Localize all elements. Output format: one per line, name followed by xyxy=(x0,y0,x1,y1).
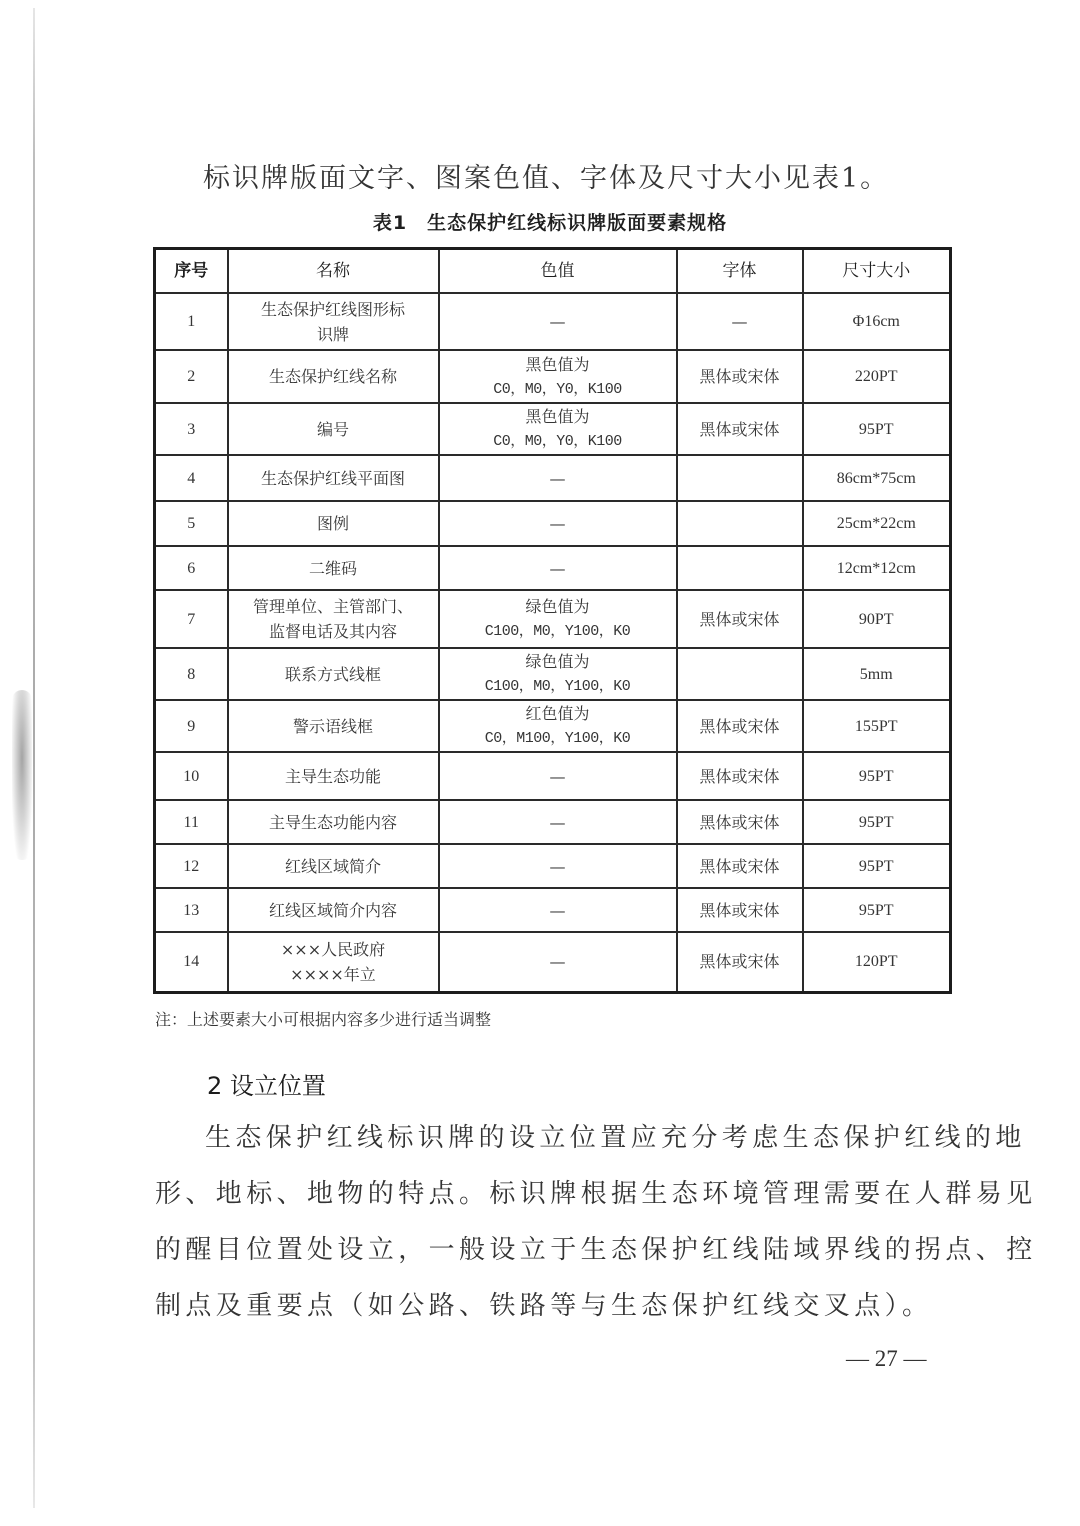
cell-color-label: 红色值为 xyxy=(525,704,589,723)
section-paragraph: 生态保护红线标识牌的设立位置应充分考虑生态保护红线的地 形、地标、地物的特点。标… xyxy=(155,1116,961,1340)
table-row: 11 主导生态功能内容 — 黑体或宋体 95PT xyxy=(155,800,951,844)
cell-font: 黑体或宋体 xyxy=(677,888,803,932)
table-row: 14 ×××人民政府 ××××年立 — 黑体或宋体 120PT xyxy=(155,932,951,992)
cell-name: 编号 xyxy=(228,403,439,455)
cell-name-line: 生态保护红线图形标 xyxy=(233,297,434,322)
table-row: 3 编号 黑色值为 C0，M0，Y0，K100 黑体或宋体 95PT xyxy=(155,403,951,455)
cell-name: 联系方式线框 xyxy=(228,648,439,700)
table-caption: 表1生态保护红线标识牌版面要素规格 xyxy=(0,208,1080,235)
cell-size: 95PT xyxy=(803,752,951,800)
cell-color-value: C100，M0，Y100，K0 xyxy=(444,619,672,644)
cell-color-value: C100，M0，Y100，K0 xyxy=(444,674,672,699)
cell-color: — xyxy=(439,455,677,501)
cell-color: — xyxy=(439,293,677,350)
cell-size: 25cm*22cm xyxy=(803,501,951,546)
cell-name: ×××人民政府 ××××年立 xyxy=(228,932,439,992)
cell-color-label: 黑色值为 xyxy=(525,407,589,426)
cell-color-label: — xyxy=(550,514,566,533)
cell-color-label: — xyxy=(550,767,566,786)
cell-font xyxy=(677,455,803,501)
header-size: 尺寸大小 xyxy=(803,249,951,294)
cell-color-label: — xyxy=(550,952,566,971)
cell-size: 95PT xyxy=(803,800,951,844)
cell-font xyxy=(677,648,803,700)
cell-no: 11 xyxy=(155,800,228,844)
cell-font: 黑体或宋体 xyxy=(677,350,803,403)
cell-color: 绿色值为 C100，M0，Y100，K0 xyxy=(439,590,677,648)
table-header-row: 序号 名称 色值 字体 尺寸大小 xyxy=(155,249,951,294)
table-row: 5 图例 — 25cm*22cm xyxy=(155,501,951,546)
cell-font: 黑体或宋体 xyxy=(677,800,803,844)
cell-font: 黑体或宋体 xyxy=(677,844,803,888)
cell-color-label: 绿色值为 xyxy=(525,597,589,616)
scan-binding-smudge xyxy=(12,690,32,860)
table-caption-number: 表1 xyxy=(373,212,407,234)
cell-color: 黑色值为 C0，M0，Y0，K100 xyxy=(439,403,677,455)
cell-font: 黑体或宋体 xyxy=(677,752,803,800)
cell-size: 86cm*75cm xyxy=(803,455,951,501)
cell-name: 警示语线框 xyxy=(228,700,439,752)
table-row: 1 生态保护红线图形标 识牌 — — Φ16cm xyxy=(155,293,951,350)
cell-size: 120PT xyxy=(803,932,951,992)
paragraph-line: 的醒目位置处设立，一般设立于生态保护红线陆域界线的拐点、控 xyxy=(155,1228,961,1284)
cell-name: 生态保护红线图形标 识牌 xyxy=(228,293,439,350)
cell-font: 黑体或宋体 xyxy=(677,700,803,752)
cell-color-value: C0，M0，Y0，K100 xyxy=(444,377,672,402)
cell-name: 主导生态功能内容 xyxy=(228,800,439,844)
cell-size: 155PT xyxy=(803,700,951,752)
table-row: 8 联系方式线框 绿色值为 C100，M0，Y100，K0 5mm xyxy=(155,648,951,700)
cell-name: 红线区域简介 xyxy=(228,844,439,888)
cell-color: — xyxy=(439,800,677,844)
cell-color: 黑色值为 C0，M0，Y0，K100 xyxy=(439,350,677,403)
cell-color: — xyxy=(439,844,677,888)
cell-no: 14 xyxy=(155,932,228,992)
cell-name: 主导生态功能 xyxy=(228,752,439,800)
cell-size: 220PT xyxy=(803,350,951,403)
cell-size: 5mm xyxy=(803,648,951,700)
cell-no: 1 xyxy=(155,293,228,350)
cell-font: 黑体或宋体 xyxy=(677,403,803,455)
cell-no: 7 xyxy=(155,590,228,648)
cell-color: — xyxy=(439,888,677,932)
cell-no: 4 xyxy=(155,455,228,501)
table-row: 7 管理单位、主管部门、 监督电话及其内容 绿色值为 C100，M0，Y100，… xyxy=(155,590,951,648)
cell-no: 8 xyxy=(155,648,228,700)
table-caption-title: 生态保护红线标识牌版面要素规格 xyxy=(427,212,727,234)
table-row: 2 生态保护红线名称 黑色值为 C0，M0，Y0，K100 黑体或宋体 220P… xyxy=(155,350,951,403)
header-color: 色值 xyxy=(439,249,677,294)
table-row: 4 生态保护红线平面图 — 86cm*75cm xyxy=(155,455,951,501)
cell-name-line: ×××人民政府 xyxy=(233,937,434,962)
cell-color-value: C0，M100，Y100，K0 xyxy=(444,726,672,751)
cell-size: 95PT xyxy=(803,888,951,932)
cell-color-label: — xyxy=(550,857,566,876)
paragraph-line: 制点及重要点（如公路、铁路等与生态保护红线交叉点）。 xyxy=(155,1284,961,1340)
cell-no: 5 xyxy=(155,501,228,546)
cell-font: 黑体或宋体 xyxy=(677,590,803,648)
table-note: 注：上述要素大小可根据内容多少进行适当调整 xyxy=(155,1007,491,1030)
cell-color: 绿色值为 C100，M0，Y100，K0 xyxy=(439,648,677,700)
cell-name: 管理单位、主管部门、 监督电话及其内容 xyxy=(228,590,439,648)
cell-name-line: ××××年立 xyxy=(233,962,434,987)
cell-name: 生态保护红线名称 xyxy=(228,350,439,403)
cell-name: 图例 xyxy=(228,501,439,546)
paragraph-line: 形、地标、地物的特点。标识牌根据生态环境管理需要在人群易见 xyxy=(155,1172,961,1228)
section-heading: 2 设立位置 xyxy=(207,1066,326,1101)
cell-color-label: — xyxy=(550,901,566,920)
header-font: 字体 xyxy=(677,249,803,294)
table-row: 13 红线区域简介内容 — 黑体或宋体 95PT xyxy=(155,888,951,932)
table-row: 10 主导生态功能 — 黑体或宋体 95PT xyxy=(155,752,951,800)
cell-size: 95PT xyxy=(803,844,951,888)
table-row: 12 红线区域简介 — 黑体或宋体 95PT xyxy=(155,844,951,888)
cell-name-line: 监督电话及其内容 xyxy=(233,619,434,644)
cell-size: 90PT xyxy=(803,590,951,648)
cell-font xyxy=(677,501,803,546)
cell-no: 3 xyxy=(155,403,228,455)
header-name: 名称 xyxy=(228,249,439,294)
cell-name: 生态保护红线平面图 xyxy=(228,455,439,501)
table-row: 6 二维码 — 12cm*12cm xyxy=(155,546,951,590)
cell-name: 红线区域简介内容 xyxy=(228,888,439,932)
cell-size: Φ16cm xyxy=(803,293,951,350)
cell-color: 红色值为 C0，M100，Y100，K0 xyxy=(439,700,677,752)
header-no: 序号 xyxy=(155,249,228,294)
cell-color-label: 黑色值为 xyxy=(525,355,589,374)
cell-no: 10 xyxy=(155,752,228,800)
page-number: — 27 — xyxy=(846,1346,927,1372)
intro-paragraph: 标识牌版面文字、图案色值、字体及尺寸大小见表1。 xyxy=(203,156,889,195)
paragraph-line: 生态保护红线标识牌的设立位置应充分考虑生态保护红线的地 xyxy=(155,1116,961,1172)
cell-color: — xyxy=(439,546,677,590)
cell-size: 12cm*12cm xyxy=(803,546,951,590)
cell-color-label: — xyxy=(550,813,566,832)
cell-size: 95PT xyxy=(803,403,951,455)
cell-no: 13 xyxy=(155,888,228,932)
cell-color: — xyxy=(439,932,677,992)
cell-color-label: — xyxy=(550,469,566,488)
cell-color-label: — xyxy=(550,559,566,578)
cell-no: 2 xyxy=(155,350,228,403)
cell-no: 6 xyxy=(155,546,228,590)
cell-no: 12 xyxy=(155,844,228,888)
cell-font: 黑体或宋体 xyxy=(677,932,803,992)
table-row: 9 警示语线框 红色值为 C0，M100，Y100，K0 黑体或宋体 155PT xyxy=(155,700,951,752)
cell-font xyxy=(677,546,803,590)
cell-color-label: 绿色值为 xyxy=(525,652,589,671)
cell-color-label: — xyxy=(550,312,566,331)
cell-no: 9 xyxy=(155,700,228,752)
cell-color: — xyxy=(439,501,677,546)
cell-color: — xyxy=(439,752,677,800)
spec-table: 序号 名称 色值 字体 尺寸大小 1 生态保护红线图形标 识牌 — — Φ16c… xyxy=(153,247,952,994)
cell-font: — xyxy=(677,293,803,350)
cell-color-value: C0，M0，Y0，K100 xyxy=(444,429,672,454)
cell-name: 二维码 xyxy=(228,546,439,590)
cell-name-line: 识牌 xyxy=(233,322,434,347)
cell-name-line: 管理单位、主管部门、 xyxy=(233,594,434,619)
